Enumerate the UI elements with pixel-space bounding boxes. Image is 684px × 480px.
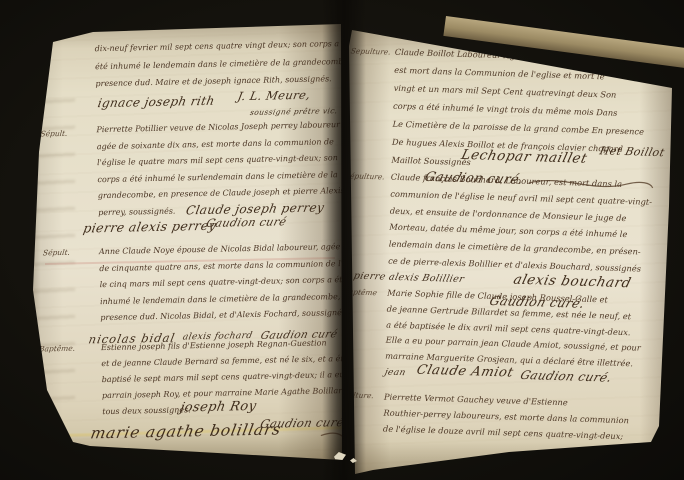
signature: soussigné prêtre vic. xyxy=(249,106,338,117)
margin-label: Baptême xyxy=(342,287,377,297)
signature-cure: Gaudion curé. xyxy=(519,368,614,385)
margin-label: Sépult. xyxy=(40,129,68,139)
margin-label: Baptême. xyxy=(38,344,75,354)
signature: Het Boillot xyxy=(598,144,666,159)
signature: pierre alexis Bolillier xyxy=(352,271,465,285)
manuscript-register-photo: dix-neuf fevrier mil sept cens quatre vi… xyxy=(0,0,684,480)
signature: alexis bouchard xyxy=(512,272,633,292)
signature: jean xyxy=(384,368,407,379)
margin-label: Sepulture. xyxy=(350,46,391,56)
margin-label: Sépult. xyxy=(42,248,70,258)
signature-large: marie agathe bolillars xyxy=(89,420,283,442)
left-page-content: dix-neuf fevrier mil sept cens quatre vi… xyxy=(24,17,350,466)
burial-entry-continuation: dix-neuf fevrier mil sept cens quatre vi… xyxy=(25,35,342,42)
signature: pierre alexis perrey xyxy=(82,218,218,236)
burial-entry: Sépulture. Pierrette Vermot Gauchey veuv… xyxy=(332,387,669,398)
signature: Claude joseph perrey xyxy=(185,200,326,217)
signature-cure: Gaudion curé xyxy=(205,215,288,230)
signature: ignace joseph rith xyxy=(97,94,216,111)
burial-entry: Sépult. Pierrette Potillier veuve de Nic… xyxy=(26,117,343,124)
right-page: xxix Sepulture. Claude Boillot Laboureur… xyxy=(343,26,680,478)
pen-flourish xyxy=(281,427,354,478)
left-page: dix-neuf fevrier mil sept cens quatre vi… xyxy=(25,22,342,464)
signature: joseph Roy xyxy=(179,399,258,416)
margin-label: Sépulture. xyxy=(344,171,385,181)
right-page-content: xxix Sepulture. Claude Boillot Laboureur… xyxy=(329,24,680,480)
signature: Claude Amiot xyxy=(415,363,515,381)
signature: J. L. Meure, xyxy=(236,88,311,104)
burial-entry: Sépult. Anne Claude Noye épouse de Nicol… xyxy=(29,239,346,246)
